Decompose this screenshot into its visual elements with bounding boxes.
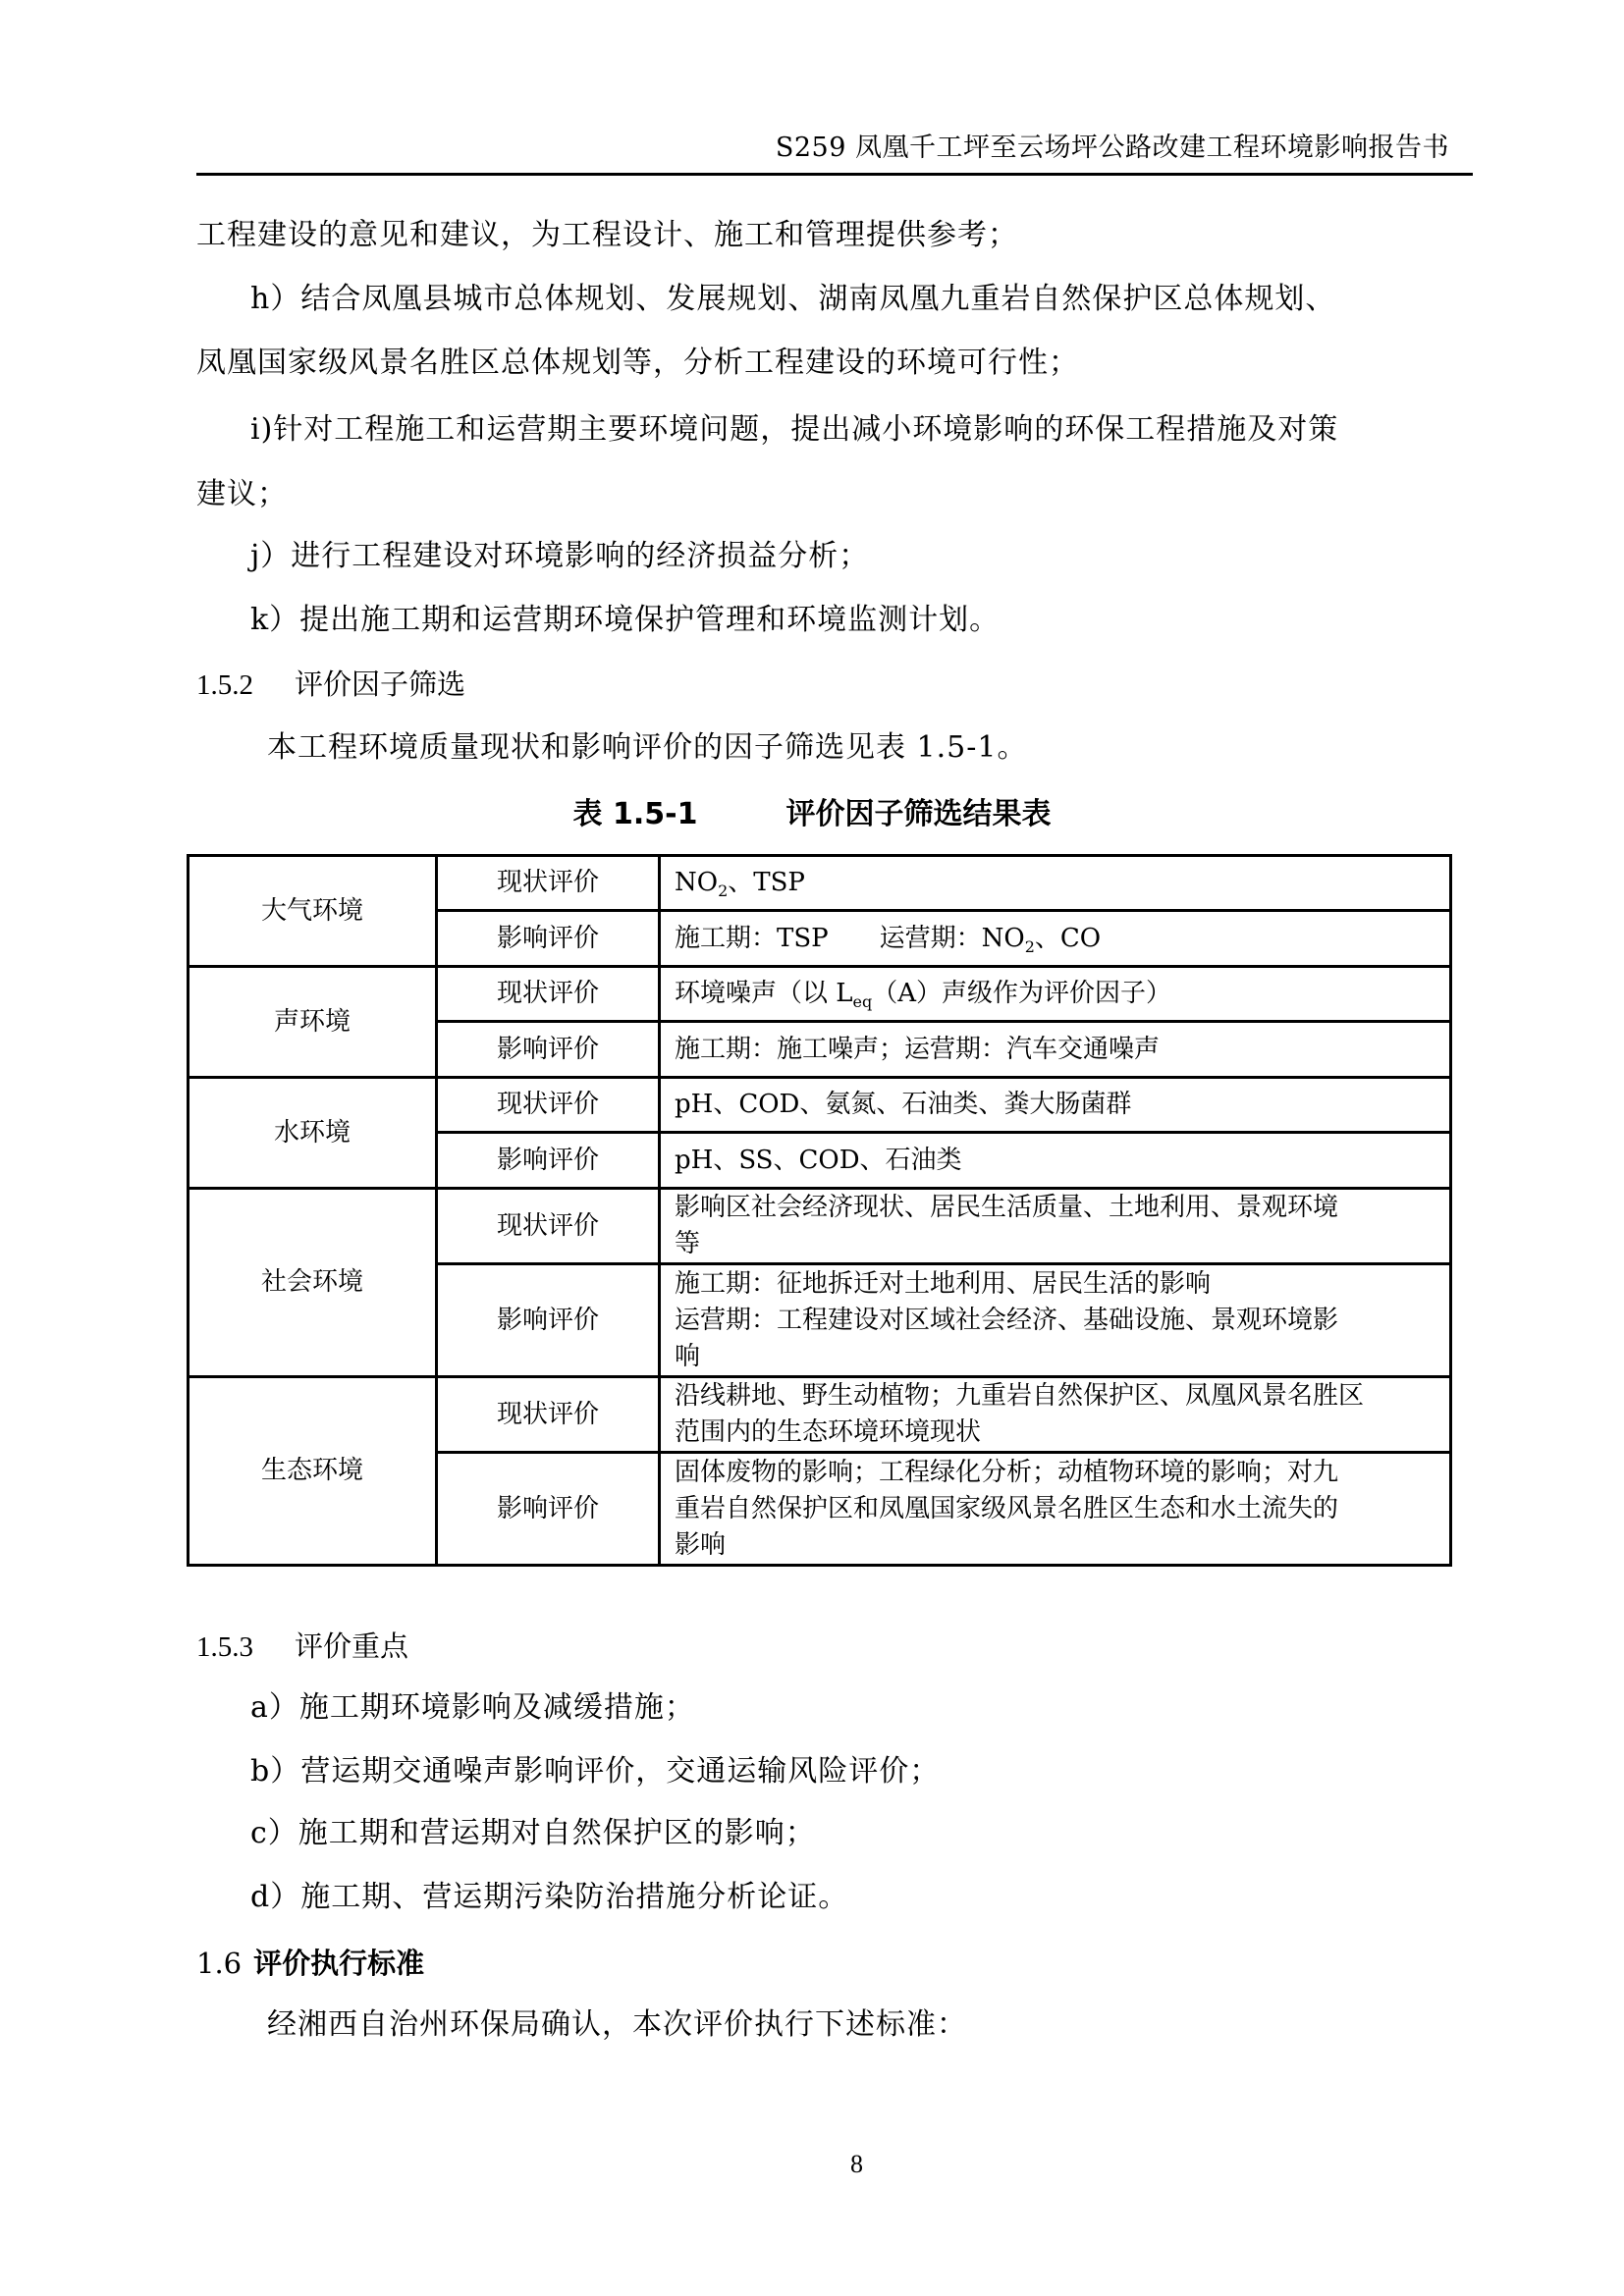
list-item-b: b）营运期交通噪声影响评价，交通运输风险评价；	[250, 1752, 940, 1791]
table-caption-number: 表 1.5-1	[573, 795, 698, 834]
category-cell: 大气环境	[189, 856, 437, 967]
category-cell: 社会环境	[189, 1189, 437, 1377]
list-item-j: j）进行工程建设对环境影响的经济损益分析；	[250, 537, 869, 576]
paragraph-line: 建议；	[196, 475, 288, 514]
type-cell: 现状评价	[437, 856, 660, 911]
type-cell: 影响评价	[437, 1264, 660, 1377]
list-item-h: h）结合凤凰县城市总体规划、发展规划、湖南凤凰九重岩自然保护区总体规划、	[250, 280, 1335, 319]
section-title: 评价因子筛选	[295, 667, 465, 701]
value-cell: pH、SS、COD、石油类	[660, 1133, 1451, 1189]
paragraph-line: 凤凰国家级风景名胜区总体规划等，分析工程建设的环境可行性；	[196, 344, 1079, 383]
section-number: 1.5.2	[196, 666, 295, 705]
value-cell: 施工期：TSP 运营期：NO2、CO	[660, 911, 1451, 967]
list-item-a: a）施工期环境影响及减缓措施；	[250, 1688, 695, 1728]
header-title: S259 凤凰千工坪至云场坪公路改建工程环境影响报告书	[776, 126, 1449, 164]
table-row: 水环境 现状评价 pH、COD、氨氮、石油类、粪大肠菌群	[189, 1078, 1451, 1133]
standards-intro: 经湘西自治州环保局确认，本次评价执行下述标准：	[267, 2005, 967, 2045]
table-row: 声环境 现状评价 环境噪声（以 Leq（A）声级作为评价因子）	[189, 967, 1451, 1022]
value-cell: pH、COD、氨氮、石油类、粪大肠菌群	[660, 1078, 1451, 1133]
section-heading-1-6: 1.6评价执行标准	[196, 1944, 424, 1983]
section-number: 1.5.3	[196, 1628, 295, 1667]
table-row: 生态环境 现状评价 沿线耕地、野生动植物；九重岩自然保护区、凤凰风景名胜区范围内…	[189, 1377, 1451, 1453]
table-row: 社会环境 现状评价 影响区社会经济现状、居民生活质量、土地利用、景观环境等	[189, 1189, 1451, 1264]
section-heading-1-5-2: 1.5.2评价因子筛选	[196, 665, 465, 705]
value-cell: NO2、TSP	[660, 856, 1451, 911]
page-number: 8	[850, 2150, 863, 2179]
value-cell: 环境噪声（以 Leq（A）声级作为评价因子）	[660, 967, 1451, 1022]
section-title: 评价执行标准	[253, 1947, 424, 1980]
table-intro: 本工程环境质量现状和影响评价的因子筛选见表 1.5-1。	[267, 728, 1027, 768]
type-cell: 现状评价	[437, 967, 660, 1022]
list-item-k: k）提出施工期和运营期环境保护管理和环境监测计划。	[250, 601, 1000, 640]
type-cell: 影响评价	[437, 911, 660, 967]
type-cell: 影响评价	[437, 1022, 660, 1078]
category-cell: 生态环境	[189, 1377, 437, 1566]
table-caption: 表 1.5-1评价因子筛选结果表	[0, 795, 1624, 834]
list-item-d: d）施工期、营运期污染防治措施分析论证。	[250, 1878, 848, 1917]
value-cell: 沿线耕地、野生动植物；九重岩自然保护区、凤凰风景名胜区范围内的生态环境环境现状	[660, 1377, 1451, 1453]
value-cell: 影响区社会经济现状、居民生活质量、土地利用、景观环境等	[660, 1189, 1451, 1264]
type-cell: 影响评价	[437, 1133, 660, 1189]
section-title: 评价重点	[295, 1629, 408, 1663]
table-caption-title: 评价因子筛选结果表	[785, 795, 1051, 834]
list-item-i: i)针对工程施工和运营期主要环境问题，提出减小环境影响的环保工程措施及对策	[250, 410, 1338, 450]
value-cell: 施工期：征地拆迁对土地利用、居民生活的影响运营期：工程建设对区域社会经济、基础设…	[660, 1264, 1451, 1377]
header-rule	[196, 173, 1473, 176]
table-row: 大气环境 现状评价 NO2、TSP	[189, 856, 1451, 911]
category-cell: 水环境	[189, 1078, 437, 1189]
value-cell: 固体废物的影响；工程绿化分析；动植物环境的影响；对九重岩自然保护区和凤凰国家级风…	[660, 1453, 1451, 1566]
paragraph-line: 工程建设的意见和建议，为工程设计、施工和管理提供参考；	[196, 216, 1018, 255]
type-cell: 影响评价	[437, 1453, 660, 1566]
type-cell: 现状评价	[437, 1377, 660, 1453]
list-item-c: c）施工期和营运期对自然保护区的影响；	[250, 1814, 816, 1853]
category-cell: 声环境	[189, 967, 437, 1078]
value-cell: 施工期：施工噪声；运营期：汽车交通噪声	[660, 1022, 1451, 1078]
type-cell: 现状评价	[437, 1189, 660, 1264]
section-number: 1.6	[196, 1947, 242, 1980]
type-cell: 现状评价	[437, 1078, 660, 1133]
section-heading-1-5-3: 1.5.3评价重点	[196, 1627, 408, 1667]
factor-screening-table: 大气环境 现状评价 NO2、TSP 影响评价 施工期：TSP 运营期：NO2、C…	[187, 854, 1452, 1567]
